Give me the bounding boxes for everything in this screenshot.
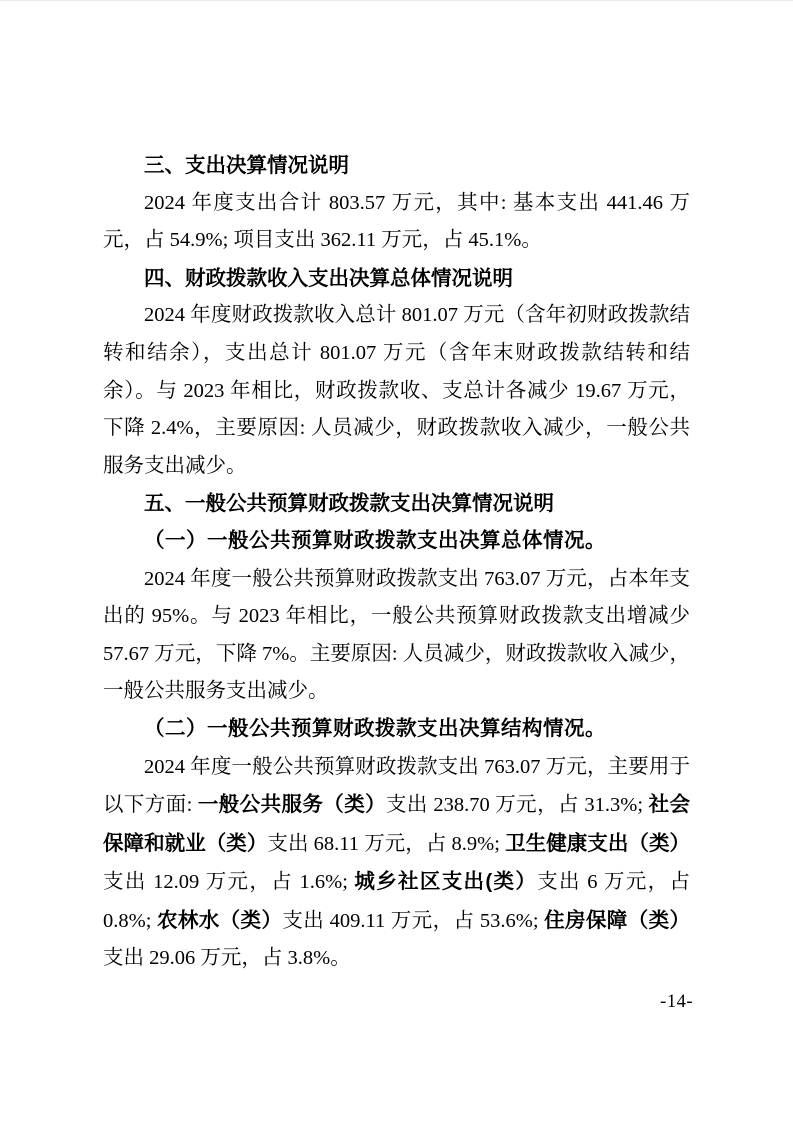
text-run: 五、一般公共预算财政拨款支出决算情况说明 (144, 492, 554, 515)
body-paragraph: 2024 年度财政拨款收入总计 801.07 万元（含年初财政拨款结转和结余），… (103, 297, 690, 485)
text-run: 支出 409.11 万元，占 53.6%; (282, 910, 544, 932)
section-heading: 三、支出决算情况说明 (103, 147, 690, 185)
section-heading: 四、财政拨款收入支出决算总体情况说明 (103, 260, 690, 298)
document-page: 三、支出决算情况说明2024 年度支出合计 803.57 万元，其中: 基本支出… (0, 0, 793, 1122)
sub-heading: （二）一般公共预算财政拨款支出决算结构情况。 (103, 711, 690, 749)
text-run: 2024 年度一般公共预算财政拨款支出 763.07 万元，占本年支出的 95%… (103, 568, 690, 703)
body-paragraph: 2024 年度一般公共预算财政拨款支出 763.07 万元，占本年支出的 95%… (103, 561, 690, 711)
body-paragraph: 2024 年度一般公共预算财政拨款支出 763.07 万元，主要用于以下方面: … (103, 749, 690, 979)
text-run: 2024 年度支出合计 803.57 万元，其中: 基本支出 441.46 万元… (103, 192, 690, 252)
page-number: -14- (660, 992, 693, 1013)
text-run: 支出 68.11 万元，占 8.9%; (267, 833, 505, 855)
section-heading: 五、一般公共预算财政拨款支出决算情况说明 (103, 485, 690, 523)
text-run: 支出 12.09 万元，占 1.6%; (103, 871, 354, 893)
text-run: 2024 年度财政拨款收入总计 801.07 万元（含年初财政拨款结转和结余），… (103, 304, 690, 476)
bold-term: 农林水（类） (157, 909, 282, 932)
bold-term: 城乡社区支出(类） (354, 870, 537, 893)
body-paragraph: 2024 年度支出合计 803.57 万元，其中: 基本支出 441.46 万元… (103, 185, 690, 260)
bold-term: 一般公共服务（类） (198, 793, 386, 816)
text-run: （一）一般公共预算财政拨款支出决算总体情况。 (144, 530, 606, 552)
bold-term: 卫生健康支出（类） (505, 832, 690, 855)
text-run: 三、支出决算情况说明 (144, 154, 349, 177)
text-run: 支出 29.06 万元，占 3.8%。 (103, 947, 351, 969)
text-run: 支出 238.70 万元，占 31.3%; (386, 794, 649, 816)
text-run: 四、财政拨款收入支出决算总体情况说明 (144, 267, 513, 290)
document-content: 三、支出决算情况说明2024 年度支出合计 803.57 万元，其中: 基本支出… (103, 147, 690, 978)
text-run: （二）一般公共预算财政拨款支出决算结构情况。 (144, 718, 606, 740)
bold-term: 住房保障（类） (544, 909, 690, 932)
sub-heading: （一）一般公共预算财政拨款支出决算总体情况。 (103, 523, 690, 561)
